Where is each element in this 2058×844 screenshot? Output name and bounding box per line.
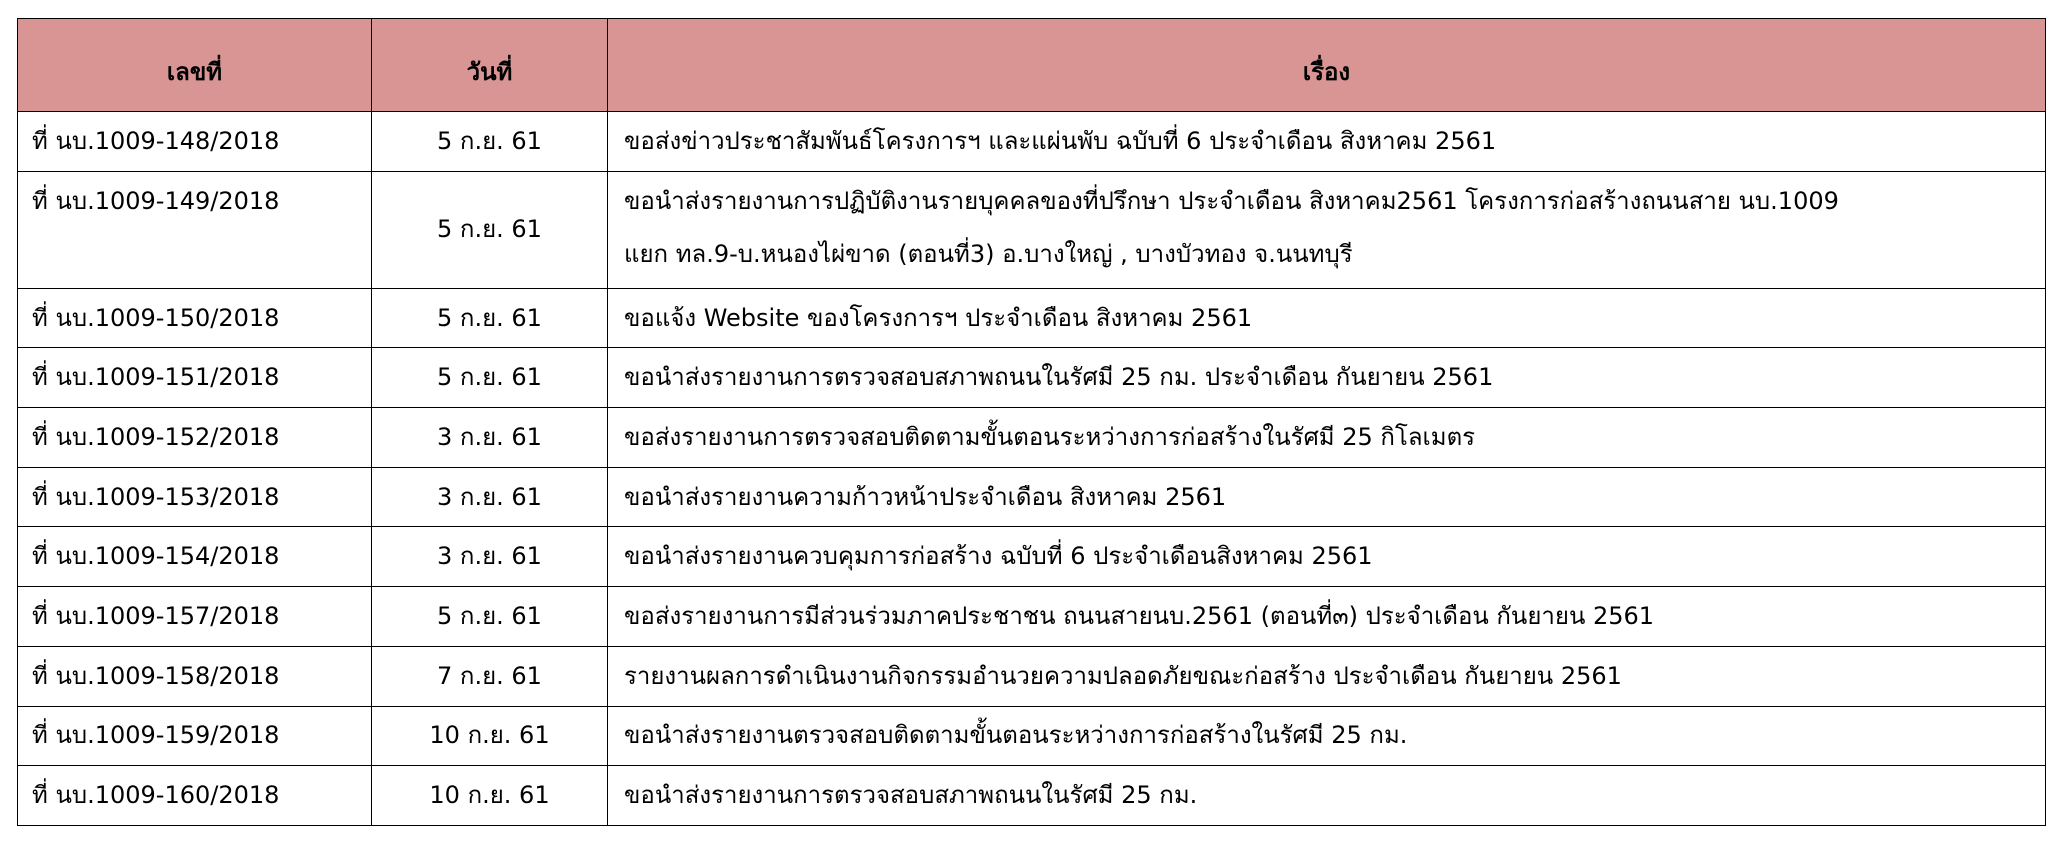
cell-date: 5 ก.ย. 61 [372,288,608,348]
table-row: ที่ นบ.1009-150/2018 5 ก.ย. 61 ขอแจ้ง We… [18,288,2046,348]
cell-subject: ขอนำส่งรายงานตรวจสอบติดตามขั้นตอนระหว่าง… [608,706,2046,766]
cell-number: ที่ นบ.1009-151/2018 [18,348,372,408]
cell-number: ที่ นบ.1009-149/2018 [18,171,372,288]
table-row: ที่ นบ.1009-149/2018 5 ก.ย. 61 ขอนำส่งรา… [18,171,2046,288]
subject-text: ขอนำส่งรายงานความก้าวหน้าประจำเดือน สิงห… [624,471,2045,524]
cell-date: 7 ก.ย. 61 [372,646,608,706]
cell-date: 5 ก.ย. 61 [372,587,608,647]
subject-text: ขอแจ้ง Website ของโครงการฯ ประจำเดือน สิ… [624,292,2045,345]
cell-date: 10 ก.ย. 61 [372,766,608,826]
cell-subject: ขอส่งรายงานการมีส่วนร่วมภาคประชาชน ถนนสา… [608,587,2046,647]
cell-number: ที่ นบ.1009-157/2018 [18,587,372,647]
table-row: ที่ นบ.1009-160/2018 10 ก.ย. 61 ขอนำส่งร… [18,766,2046,826]
table-row: ที่ นบ.1009-159/2018 10 ก.ย. 61 ขอนำส่งร… [18,706,2046,766]
cell-number: ที่ นบ.1009-153/2018 [18,467,372,527]
cell-date: 10 ก.ย. 61 [372,706,608,766]
header-subject: เรื่อง [608,19,2046,112]
cell-number: ที่ นบ.1009-148/2018 [18,112,372,172]
cell-date: 3 ก.ย. 61 [372,467,608,527]
subject-text: ขอส่งรายงานการตรวจสอบติดตามขั้นตอนระหว่า… [624,411,2045,464]
cell-date: 5 ก.ย. 61 [372,112,608,172]
cell-subject: ขอนำส่งรายงานควบคุมการก่อสร้าง ฉบับที่ 6… [608,527,2046,587]
cell-date: 3 ก.ย. 61 [372,408,608,468]
subject-text-line-2: แยก ทล.9-บ.หนองไผ่ขาด (ตอนที่3) อ.บางใหญ… [624,228,2045,281]
document-register-table: เลขที่ วันที่ เรื่อง ที่ นบ.1009-148/201… [17,18,2046,826]
cell-number: ที่ นบ.1009-158/2018 [18,646,372,706]
subject-text: ขอส่งข่าวประชาสัมพันธ์โครงการฯ และแผ่นพั… [624,115,2045,168]
cell-subject: ขอนำส่งรายงานการตรวจสอบสภาพถนนในรัศมี 25… [608,766,2046,826]
table-row: ที่ นบ.1009-154/2018 3 ก.ย. 61 ขอนำส่งรา… [18,527,2046,587]
header-row: เลขที่ วันที่ เรื่อง [18,19,2046,112]
cell-number: ที่ นบ.1009-152/2018 [18,408,372,468]
cell-number: ที่ นบ.1009-160/2018 [18,766,372,826]
subject-text: ขอส่งรายงานการมีส่วนร่วมภาคประชาชน ถนนสา… [624,590,2045,643]
cell-date: 3 ก.ย. 61 [372,527,608,587]
cell-number: ที่ นบ.1009-150/2018 [18,288,372,348]
subject-text: รายงานผลการดำเนินงานกิจกรรมอำนวยความปลอด… [624,650,2045,703]
table-row: ที่ นบ.1009-153/2018 3 ก.ย. 61 ขอนำส่งรา… [18,467,2046,527]
table-row: ที่ นบ.1009-148/2018 5 ก.ย. 61 ขอส่งข่าว… [18,112,2046,172]
subject-text: ขอนำส่งรายงานการตรวจสอบสภาพถนนในรัศมี 25… [624,769,2045,822]
cell-date: 5 ก.ย. 61 [372,348,608,408]
cell-subject: รายงานผลการดำเนินงานกิจกรรมอำนวยความปลอด… [608,646,2046,706]
header-number: เลขที่ [18,19,372,112]
cell-subject: ขอนำส่งรายงานความก้าวหน้าประจำเดือน สิงห… [608,467,2046,527]
cell-subject: ขอส่งรายงานการตรวจสอบติดตามขั้นตอนระหว่า… [608,408,2046,468]
table-row: ที่ นบ.1009-151/2018 5 ก.ย. 61 ขอนำส่งรา… [18,348,2046,408]
subject-text: ขอนำส่งรายงานควบคุมการก่อสร้าง ฉบับที่ 6… [624,530,2045,583]
header-date: วันที่ [372,19,608,112]
cell-date: 5 ก.ย. 61 [372,171,608,288]
cell-number: ที่ นบ.1009-154/2018 [18,527,372,587]
table-row: ที่ นบ.1009-158/2018 7 ก.ย. 61 รายงานผลก… [18,646,2046,706]
table-row: ที่ นบ.1009-152/2018 3 ก.ย. 61 ขอส่งรายง… [18,408,2046,468]
cell-subject: ขอนำส่งรายงานการตรวจสอบสภาพถนนในรัศมี 25… [608,348,2046,408]
subject-text: ขอนำส่งรายงานการตรวจสอบสภาพถนนในรัศมี 25… [624,351,2045,404]
cell-subject: ขอแจ้ง Website ของโครงการฯ ประจำเดือน สิ… [608,288,2046,348]
cell-subject: ขอส่งข่าวประชาสัมพันธ์โครงการฯ และแผ่นพั… [608,112,2046,172]
table-row: ที่ นบ.1009-157/2018 5 ก.ย. 61 ขอส่งรายง… [18,587,2046,647]
cell-subject: ขอนำส่งรายงานการปฏิบัติงานรายบุคคลของที่… [608,171,2046,288]
subject-text-line-1: ขอนำส่งรายงานการปฏิบัติงานรายบุคคลของที่… [624,175,2045,228]
subject-text: ขอนำส่งรายงานตรวจสอบติดตามขั้นตอนระหว่าง… [624,709,2045,762]
cell-number: ที่ นบ.1009-159/2018 [18,706,372,766]
